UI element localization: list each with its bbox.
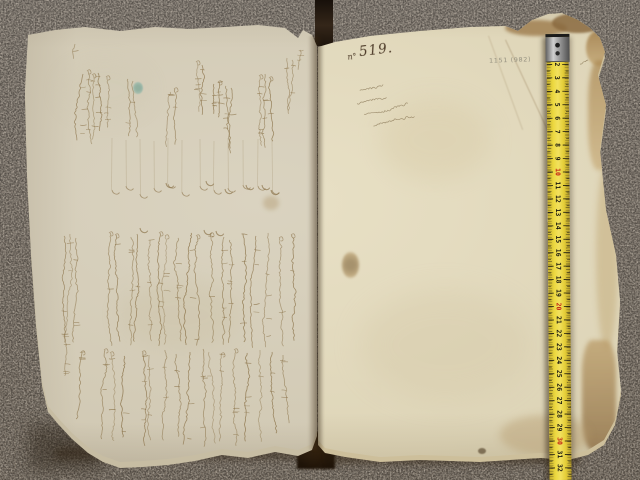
svg-text:4: 4 [553,89,561,93]
svg-text:7: 7 [553,130,561,134]
ink-stain [263,196,279,210]
svg-text:30: 30 [556,437,564,445]
svg-text:22: 22 [555,329,563,337]
svg-text:3: 3 [553,76,561,80]
svg-text:9: 9 [554,157,562,161]
tape-metal-clip [545,34,569,62]
svg-text:29: 29 [555,424,563,432]
svg-text:15: 15 [554,235,562,243]
measuring-tape: 2345678910111213141516171819202122232425… [546,34,571,480]
page-discoloration [360,290,530,400]
edge-speck [478,448,486,454]
photo-stage: n° 519. 1151 (982) 234567891011121314151… [0,0,640,480]
svg-text:21: 21 [555,316,563,324]
svg-text:6: 6 [553,116,561,120]
svg-text:8: 8 [554,143,562,147]
svg-text:18: 18 [554,276,562,284]
pencil-reference-number: 1151 (982) [489,55,531,64]
svg-text:20: 20 [555,303,563,311]
folio-prefix: n° [347,52,357,61]
book-gutter [308,36,324,450]
svg-text:31: 31 [556,451,564,459]
svg-text:32: 32 [556,464,564,472]
svg-text:26: 26 [555,383,563,391]
page-discoloration [380,100,490,180]
svg-text:17: 17 [554,262,562,270]
svg-text:24: 24 [555,356,563,364]
tape-scale: 2345678910111213141516171819202122232425… [546,34,571,480]
svg-text:27: 27 [555,397,563,405]
svg-text:25: 25 [555,370,563,378]
svg-text:14: 14 [554,222,562,230]
brown-stain [342,252,359,278]
fold-crease [488,36,523,130]
svg-text:11: 11 [554,182,562,190]
svg-text:5: 5 [553,103,561,107]
svg-text:19: 19 [555,289,563,297]
svg-text:12: 12 [554,195,562,203]
water-stain-corner [500,415,590,455]
page-discoloration [60,60,150,120]
page-discoloration [120,280,240,350]
svg-text:10: 10 [554,168,562,176]
svg-text:28: 28 [555,410,563,418]
svg-text:16: 16 [554,249,562,257]
svg-text:2: 2 [553,62,561,66]
svg-text:23: 23 [555,343,563,351]
svg-text:13: 13 [554,208,562,216]
